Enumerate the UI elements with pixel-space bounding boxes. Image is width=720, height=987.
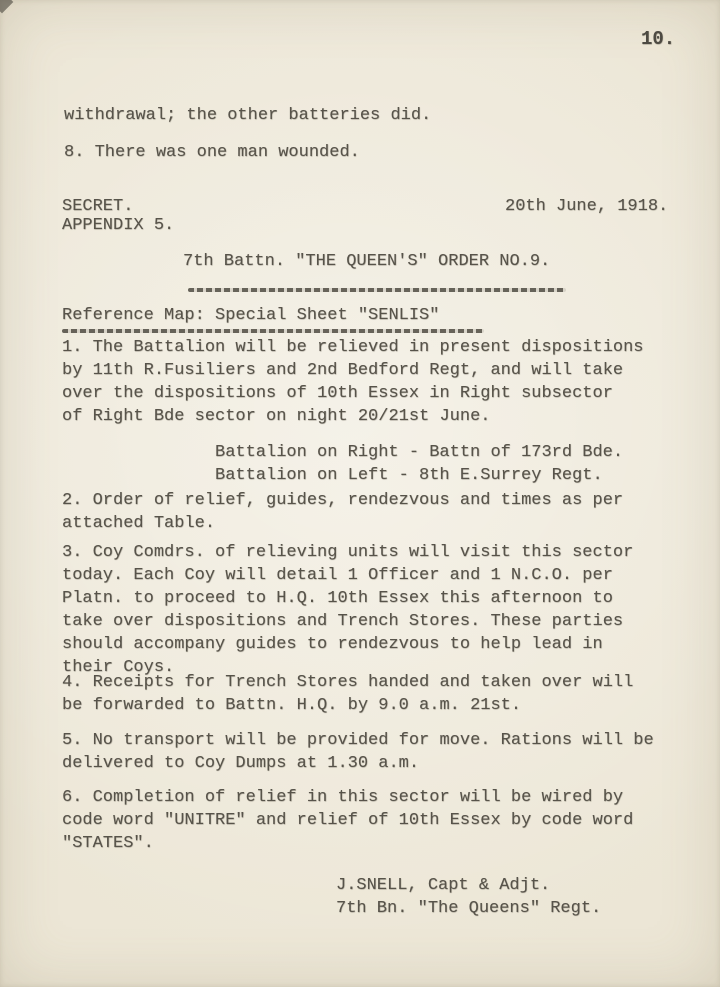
page-number: 10. <box>641 28 675 51</box>
paragraph-4: 4. Receipts for Trench Stores handed and… <box>62 671 633 717</box>
reference-map-heading: Reference Map: Special Sheet "SENLIS" <box>62 304 439 327</box>
paragraph-2: 2. Order of relief, guides, rendezvous a… <box>62 489 623 535</box>
dispositions-block: Battalion on Right - Battn of 173rd Bde.… <box>215 441 623 487</box>
paragraph-3: 3. Coy Comdrs. of relieving units will v… <box>62 541 633 679</box>
reference-underline-rule <box>62 329 484 333</box>
paragraph-6: 6. Completion of relief in this sector w… <box>62 786 633 855</box>
title-underline-rule <box>188 288 566 292</box>
paragraph-5: 5. No transport will be provided for mov… <box>62 729 654 775</box>
appendix-label: APPENDIX 5. <box>62 216 174 236</box>
document-date: 20th June, 1918. <box>505 197 668 217</box>
scan-corner-blemish <box>0 0 13 13</box>
item-8-line: 8. There was one man wounded. <box>64 141 360 164</box>
scanned-document-page: 10. withdrawal; the other batteries did.… <box>0 0 720 987</box>
signature-unit: 7th Bn. "The Queens" Regt. <box>336 897 601 920</box>
classification-label: SECRET. <box>62 197 133 217</box>
order-title: 7th Battn. "THE QUEEN'S" ORDER NO.9. <box>183 250 550 273</box>
paragraph-1: 1. The Battalion will be relieved in pre… <box>62 336 644 428</box>
carryover-line: withdrawal; the other batteries did. <box>64 104 431 127</box>
signature-name: J.SNELL, Capt & Adjt. <box>336 874 550 897</box>
